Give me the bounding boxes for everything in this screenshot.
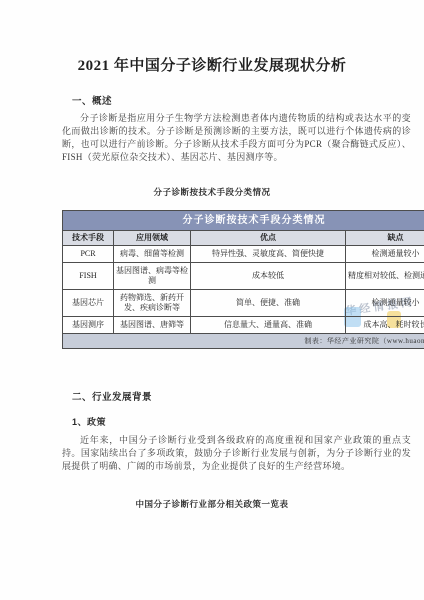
heading-overview: 一、概述 (72, 93, 112, 107)
table-cell: 基因测序 (63, 317, 114, 334)
table-footer-credit: 制表：华经产业研究院（www.huaon (63, 334, 424, 349)
subheading-policy: 1、政策 (72, 415, 106, 428)
table-cell: 信息量大、通量高、准确 (191, 317, 346, 334)
document-page: 2021 年中国分子诊断行业发展现状分析 一、概述 分子诊断是指应用分子生物学方… (0, 0, 424, 600)
table-header-cell: 优点 (191, 231, 346, 246)
table-header-cell: 缺点 (346, 231, 424, 246)
classification-table: 分子诊断按技术手段分类情况 技术手段应用领域优点缺点 PCR病毒、细菌等检测特异… (62, 210, 424, 349)
classification-table-area: 华经情报网 分子诊断按技术手段分类情况 技术手段应用领域优点缺点 PCR病毒、细… (62, 210, 424, 350)
policy-table-caption: 中国分子诊断行业部分相关政策一览表 (0, 498, 424, 510)
overview-paragraph: 分子诊断是指应用分子生物学方法检测患者体内遗传物质的结构或表达水平的变化而做出诊… (62, 112, 411, 164)
table-title-row: 分子诊断按技术手段分类情况 (63, 211, 424, 231)
table-row: FISH基因图谱、病毒等检测成本较低精度相对较低、检测通量较小 (63, 263, 424, 290)
table-cell: 精度相对较低、检测通量较小 (346, 263, 424, 290)
table-row: PCR病毒、细菌等检测特异性强、灵敏度高、简便快捷检测通量较小 (63, 246, 424, 263)
policy-paragraph: 近年来，中国分子诊断行业受到各级政府的高度重视和国家产业政策的重点支持。国家陆续… (62, 434, 411, 473)
table-header-cell: 应用领域 (114, 231, 191, 246)
table-cell: 基因芯片 (63, 290, 114, 317)
table-header-row: 技术手段应用领域优点缺点 (63, 231, 424, 246)
table-cell: 成本高、耗时较长 (346, 317, 424, 334)
table-row: 基因测序基因图谱、唐筛等信息量大、通量高、准确成本高、耗时较长 (63, 317, 424, 334)
table-title: 分子诊断按技术手段分类情况 (63, 211, 424, 231)
table-cell: 病毒、细菌等检测 (114, 246, 191, 263)
table-caption: 分子诊断按技术手段分类情况 (0, 186, 424, 198)
heading-background: 二、行业发展背景 (72, 389, 152, 403)
table-cell: 基因图谱、唐筛等 (114, 317, 191, 334)
table-row: 基因芯片药物筛选、新药开发、疾病诊断等简单、便捷、准确检测通量较小 (63, 290, 424, 317)
table-cell: 简单、便捷、准确 (191, 290, 346, 317)
document-title: 2021 年中国分子诊断行业发展现状分析 (0, 54, 424, 75)
table-cell: 特异性强、灵敏度高、简便快捷 (191, 246, 346, 263)
table-cell: PCR (63, 246, 114, 263)
table-footer-row: 制表：华经产业研究院（www.huaon (63, 334, 424, 349)
table-cell: FISH (63, 263, 114, 290)
table-cell: 基因图谱、病毒等检测 (114, 263, 191, 290)
table-cell: 检测通量较小 (346, 246, 424, 263)
table-header-cell: 技术手段 (63, 231, 114, 246)
table-cell: 检测通量较小 (346, 290, 424, 317)
table-cell: 成本较低 (191, 263, 346, 290)
table-cell: 药物筛选、新药开发、疾病诊断等 (114, 290, 191, 317)
